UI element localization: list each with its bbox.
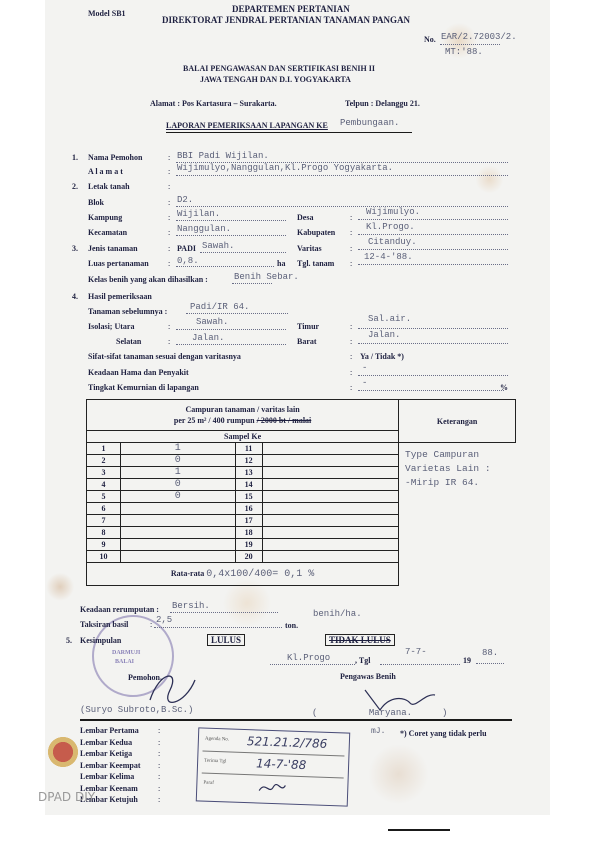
hama-label: Keadaan Hama dan Penyakit <box>88 368 189 377</box>
office-title-2: JAWA TENGAH DAN D.I. YOGYAKARTA <box>200 75 351 84</box>
remarks-line-3: -Mirip IR 64. <box>405 476 491 490</box>
tgl-tanam-label: Tgl. tanam <box>297 259 334 268</box>
sample-value: 1 <box>120 443 235 455</box>
colon: : <box>158 761 160 770</box>
colon: : <box>158 784 160 793</box>
office-address: Alamat : Pos Kartasura – Surakarta. <box>150 99 277 108</box>
colon: : <box>350 228 352 237</box>
kesimpulan-label: Kesimpulan <box>80 636 121 645</box>
colon: : <box>158 738 160 747</box>
blok-value: D2. <box>177 195 193 205</box>
colon: : <box>168 322 170 331</box>
sample-value <box>120 527 235 539</box>
sample-number: 12 <box>235 455 262 467</box>
sample-header: Sampel Ke <box>87 431 399 443</box>
table-row: 919 <box>87 539 516 551</box>
taksiran-unit: ton. <box>285 621 298 630</box>
desa-value: Wijimulyo. <box>366 207 420 217</box>
prev-crop-label: Tanaman sebelumnya : <box>88 307 167 316</box>
address-value: Wijimulyo,Nanggulan,Kl.Progo Yogyakarta. <box>177 163 393 173</box>
table-title-struck: / 2000 bt / malai <box>257 416 312 425</box>
sample-value <box>120 515 235 527</box>
prev-crop-value: Padi/IR 64. <box>190 302 249 312</box>
colon: : <box>350 244 352 253</box>
kemurnian-label: Tingkat Kemurnian di lapangan <box>88 383 199 392</box>
applicant-name: (Suryo Subroto,B.Sc.) <box>80 705 193 715</box>
section-number: 2. <box>72 182 78 191</box>
agenda-label: Agenda No. <box>205 737 229 743</box>
department-title: DEPARTEMEN PERTANIAN <box>232 4 350 14</box>
reference-no-value-2: MT:'88. <box>445 47 483 57</box>
received-date-value: 14-7-'88 <box>256 756 307 772</box>
sample-number: 18 <box>235 527 262 539</box>
reference-no-value: EAR/2.72003/2. <box>441 32 517 42</box>
kemurnian-value: - <box>362 378 367 388</box>
colon: : <box>350 213 352 222</box>
address-label: A l a m a t <box>88 167 123 176</box>
isolasi-utara-value: Sawah. <box>196 317 228 327</box>
copy-label: Lembar Pertama <box>80 725 158 737</box>
table-row: 1020 <box>87 551 516 563</box>
taksiran-suffix: benih/ha. <box>313 609 362 619</box>
year-value: 88. <box>482 648 498 658</box>
copy-label: Lembar Ketiga <box>80 748 158 760</box>
sample-value: 0 <box>120 491 235 503</box>
sample-value: 0 <box>120 479 235 491</box>
reference-no-label: No. <box>424 35 436 44</box>
colon: : <box>158 795 160 804</box>
sample-value <box>262 527 399 539</box>
sample-value <box>120 503 235 515</box>
sample-value: 0 <box>120 455 235 467</box>
applicant-value: BBI Padi Wijilan. <box>177 151 269 161</box>
sample-number: 9 <box>87 539 121 551</box>
remarks-header: Keterangan <box>399 400 516 443</box>
sample-number: 8 <box>87 527 121 539</box>
colon: : <box>168 167 170 176</box>
initial-label: Paraf <box>203 781 214 786</box>
section-number: 1. <box>72 153 78 162</box>
office-title-1: BALAI PENGAWASAN DAN SERTIFIKASI BENIH I… <box>183 64 375 73</box>
colon: : <box>168 182 170 191</box>
inspector-name-wrap: ( Maryana.) <box>312 708 447 718</box>
sample-number: 10 <box>87 551 121 563</box>
colon: : <box>350 383 352 392</box>
remarks-line-2: Varietas Lain : <box>405 462 491 476</box>
stamp-text-2: BALAI <box>115 659 134 665</box>
colon: : <box>150 620 152 629</box>
copy-item: Lembar Kedua: <box>80 737 160 749</box>
varitas-label: Varitas <box>297 244 322 253</box>
sample-number: 16 <box>235 503 262 515</box>
sifat-value: Ya / Tidak *) <box>360 352 404 361</box>
received-date-label: Terima Tgl <box>204 759 226 765</box>
model-code: Model SB1 <box>88 9 126 18</box>
rerumputan-value: Bersih. <box>172 601 210 611</box>
kabupaten-value: Kl.Progo. <box>366 222 415 232</box>
inspector-name: Maryana. <box>369 708 412 718</box>
table-row: 818 <box>87 527 516 539</box>
office-phone: Telpun : Delanggu 21. <box>345 99 420 108</box>
report-title: LAPORAN PEMERIKSAAN LAPANGAN KE <box>166 121 328 130</box>
copy-item: Lembar Ketiga: <box>80 748 160 760</box>
not-passed-box: TIDAK LULUS <box>325 634 395 646</box>
watermark: DPAD DIY <box>38 790 95 804</box>
colon: : <box>168 213 170 222</box>
kelas-benih-value: Benih Sebar. <box>234 272 299 282</box>
section-number: 5. <box>66 636 72 645</box>
jenis-tanaman-value: Sawah. <box>202 241 234 251</box>
table-row: 5015 <box>87 491 516 503</box>
table-title: Campuran tanaman / varitas lain per 25 m… <box>87 400 399 431</box>
colon: : <box>158 726 160 735</box>
rerumputan-label: Keadaan rerumputan : <box>80 605 159 614</box>
jenis-tanaman-prefix: PADI <box>177 244 196 253</box>
average-label: Rata-rata <box>171 569 204 578</box>
colon: : <box>168 337 170 346</box>
agenda-value: 521.21.2/786 <box>247 734 328 751</box>
section-number: 3. <box>72 244 78 253</box>
sample-value <box>262 467 399 479</box>
kelas-benih-label: Kelas benih yang akan dihasilkan : <box>88 275 208 284</box>
tgl-tanam-value: 12-4-'88. <box>364 252 413 262</box>
colon: : <box>168 228 170 237</box>
desa-label: Desa <box>297 213 313 222</box>
applicant-label: Nama Pemohon <box>88 153 142 162</box>
sifat-label: Sifat-sifat tanaman sesuai dengan varita… <box>88 352 241 361</box>
sample-number: 11 <box>235 443 262 455</box>
sample-value <box>120 551 235 563</box>
directorate-title: DIREKTORAT JENDRAL PERTANIAN TANAMAN PAN… <box>162 15 410 25</box>
table-title-line2: per 25 m² / 400 rumpun <box>174 416 255 425</box>
table-title-line1: Campuran tanaman / varitas lain <box>185 405 299 414</box>
applicant-signature-icon <box>140 660 200 710</box>
colon: : <box>158 749 160 758</box>
luas-value: 0,8. <box>177 256 199 266</box>
sample-value <box>262 515 399 527</box>
remarks-line-1: Type Campuran <box>405 448 491 462</box>
barat-value: Jalan. <box>368 330 400 340</box>
colon: : <box>168 244 170 253</box>
colon: : <box>350 337 352 346</box>
copy-item: Lembar Kelima: <box>80 771 160 783</box>
kecamatan-value: Nanggulan. <box>177 224 231 234</box>
passed-box: LULUS <box>207 634 245 646</box>
sample-value <box>262 551 399 563</box>
selatan-label: Selatan <box>116 337 141 346</box>
sample-value <box>262 443 399 455</box>
kemurnian-unit: % <box>500 383 508 392</box>
sample-number: 20 <box>235 551 262 563</box>
kampung-value: Wijilan. <box>177 209 220 219</box>
table-row: 616 <box>87 503 516 515</box>
barat-label: Barat <box>297 337 317 346</box>
colon: : <box>350 352 352 361</box>
section-number: 4. <box>72 292 78 301</box>
copy-item: Lembar Keempat: <box>80 760 160 772</box>
colon: : <box>350 259 352 268</box>
footnote: *) Coret yang tidak perlu <box>400 729 487 738</box>
colon: : <box>158 772 160 781</box>
paraf-signature-icon <box>257 778 288 797</box>
sample-number: 4 <box>87 479 121 491</box>
sample-value <box>262 479 399 491</box>
timur-label: Timur <box>297 322 319 331</box>
sample-table: Campuran tanaman / varitas lain per 25 m… <box>86 399 516 586</box>
colon: : <box>168 198 170 207</box>
sample-value <box>262 491 399 503</box>
timur-value: Sal.air. <box>368 314 411 324</box>
sample-number: 19 <box>235 539 262 551</box>
not-passed-text: TIDAK LULUS <box>329 635 391 645</box>
jenis-tanaman-label: Jenis tanaman <box>88 244 138 253</box>
agenda-stamp: Agenda No. 521.21.2/786 Terima Tgl 14-7-… <box>196 727 350 806</box>
average-row: Rata-rata 0,4x100/400= 0,1 % <box>87 563 399 586</box>
year-prefix: 19 <box>463 656 471 665</box>
colon: : <box>350 368 352 377</box>
kampung-label: Kampung <box>88 213 122 222</box>
taksiran-value: 2,5 <box>156 615 172 625</box>
typist-initials: mJ. <box>371 727 385 736</box>
colon: : <box>350 322 352 331</box>
average-value: 0,4x100/400= 0,1 % <box>206 569 314 580</box>
copy-label: Lembar Kedua <box>80 737 158 749</box>
sample-value <box>120 539 235 551</box>
selatan-value: Jalan. <box>192 333 224 343</box>
luas-label: Luas pertanaman <box>88 259 149 268</box>
sample-number: 5 <box>87 491 121 503</box>
sample-number: 2 <box>87 455 121 467</box>
regional-emblem-icon <box>47 733 79 771</box>
report-title-value: Pembungaan. <box>340 118 399 128</box>
signing-place: Kl.Progo <box>287 653 330 663</box>
signing-date-value: 7-7- <box>405 647 427 657</box>
inspector-sign-label: Pengawas Benih <box>340 672 396 681</box>
copy-label: Lembar Keempat <box>80 760 158 772</box>
sample-number: 1 <box>87 443 121 455</box>
sample-value <box>262 455 399 467</box>
sample-number: 3 <box>87 467 121 479</box>
remarks-text: Type Campuran Varietas Lain : -Mirip IR … <box>405 448 491 490</box>
colon: : <box>168 259 170 268</box>
land-location-label: Letak tanah <box>88 182 130 191</box>
sample-value <box>262 539 399 551</box>
signing-date-label: , Tgl <box>355 656 370 665</box>
sample-number: 7 <box>87 515 121 527</box>
taksiran-label: Taksiran basil <box>80 620 128 629</box>
page-bottom-line <box>388 829 450 831</box>
sample-number: 14 <box>235 479 262 491</box>
sample-value: 1 <box>120 467 235 479</box>
isolasi-utara-label: Isolasi; Utara <box>88 322 134 331</box>
copy-label: Lembar Kelima <box>80 771 158 783</box>
hasil-pemeriksaan-label: Hasil pemeriksaan <box>88 292 152 301</box>
sample-number: 13 <box>235 467 262 479</box>
copy-item: Lembar Pertama: <box>80 725 160 737</box>
table-row: 717 <box>87 515 516 527</box>
sample-number: 6 <box>87 503 121 515</box>
colon: : <box>168 153 170 162</box>
stamp-text-1: DARMUJI <box>112 650 140 656</box>
hama-value: - <box>362 363 367 373</box>
varitas-value: Citanduy. <box>368 237 417 247</box>
kabupaten-label: Kabupaten <box>297 228 335 237</box>
kecamatan-label: Kecamatan <box>88 228 127 237</box>
sample-value <box>262 503 399 515</box>
sample-number: 15 <box>235 491 262 503</box>
luas-unit: ha <box>277 259 285 268</box>
sample-number: 17 <box>235 515 262 527</box>
blok-label: Blok <box>88 198 104 207</box>
